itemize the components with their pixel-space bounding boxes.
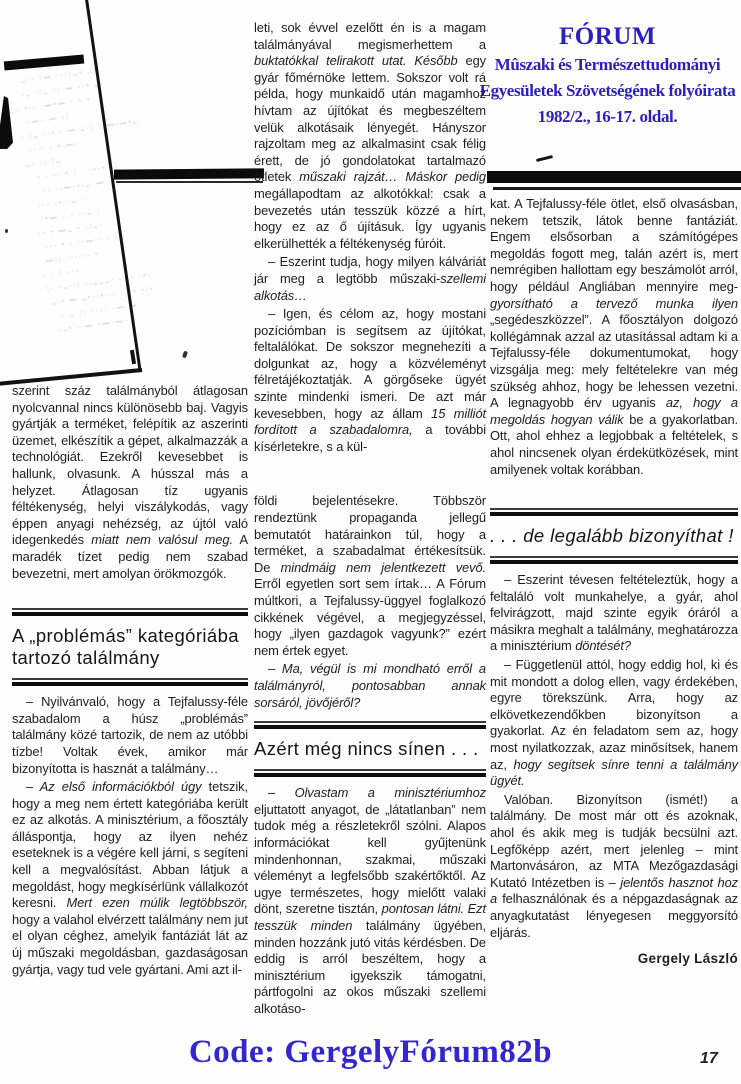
section-heading-block: Azért még nincs sínen . . . — [254, 721, 486, 777]
text-run: szerint száz találmányból átlagosan nyol… — [12, 383, 248, 547]
paragraph: – Az első információkból úgy tetszik, ho… — [12, 779, 248, 978]
text-run: – Igen, és célom az, hogy mostani pozíci… — [254, 306, 486, 421]
text-run: megállapodtam az alkotókkal: csak a beve… — [254, 186, 486, 251]
section-heading-block: . . . de legalább bizonyíthat ! — [490, 508, 738, 564]
paragraph: szerint száz találmányból átlagosan nyol… — [12, 383, 248, 582]
heading-rule-top — [490, 508, 738, 516]
paragraph: Valóban. Bizonyítson (ismét!) a találmán… — [490, 792, 738, 941]
column-middle: leti, sok évvel ezelőtt én is a magam ta… — [254, 20, 486, 1019]
paragraph: – Olvastam a minisztériumhoz eljuttatott… — [254, 785, 486, 1017]
section-heading: A „problémás” kategóriába tartozó találm… — [12, 625, 248, 669]
scan-smudge — [536, 155, 553, 162]
text-run: kat. A Tejfalussy-féle ötlet, első olvas… — [490, 196, 738, 294]
italic-run: – Ma, végül is mi mondható erről a talál… — [254, 661, 486, 709]
column-gap — [12, 584, 248, 598]
author-byline: Gergely László — [490, 951, 738, 968]
divider-bar-left-thin — [116, 181, 263, 183]
scan-speck — [5, 229, 8, 233]
masthead-line-4: 1982/2., 16-17. oldal. — [474, 104, 741, 130]
masthead-line-3: Egyesületek Szövetségének folyóirata — [474, 78, 741, 104]
column-gap — [490, 480, 738, 498]
text-run: eljuttatott anyagot, de „látatlanban” ne… — [254, 802, 486, 917]
section-heading: . . . de legalább bizonyíthat ! — [490, 525, 738, 547]
italic-run: miatt nem valósul meg. — [91, 532, 233, 547]
italic-run: Mert ezen múlik legtöbbször, — [67, 895, 248, 910]
paragraph: – Eszerint tévesen feltételeztük, hogy a… — [490, 572, 738, 655]
section-heading-block: A „problémás” kategóriába tartozó találm… — [12, 608, 248, 686]
column-left: szerint száz találmányból átlagosan nyol… — [12, 383, 248, 980]
scan-fragment-ink-wedge — [0, 96, 13, 149]
heading-rule-bottom — [490, 556, 738, 564]
heading-rule-bottom — [12, 678, 248, 686]
paragraph: földi bejelentésekre. Többször rendeztün… — [254, 493, 486, 659]
page-number: 17 — [700, 1050, 718, 1068]
text-run: tetszik, hogy a meg nem értett kategóriá… — [12, 779, 248, 910]
italic-run: hogy segítsek sínre tenni a találmány üg… — [490, 757, 738, 789]
code-caption: Code: GergelyFórum82b — [0, 1034, 741, 1071]
paragraph: leti, sok évvel ezelőtt én is a magam ta… — [254, 20, 486, 252]
heading-rule-top — [12, 608, 248, 616]
italic-run: döntését? — [575, 638, 631, 653]
italic-run: – Az első információkból úgy — [26, 779, 202, 794]
text-run: hogy a valahol elvérzett találmány nem j… — [12, 912, 248, 977]
text-run: felhasználónak és a népgazdaságnak az an… — [490, 891, 738, 939]
italic-run: – Olvastam a minisztériumhoz — [268, 785, 486, 800]
column-gap — [254, 457, 486, 493]
divider-bar-right-thin — [493, 187, 741, 190]
heading-rule-top — [254, 721, 486, 729]
text-run: – Függetlenül attól, hogy eddig hol, ki … — [490, 657, 738, 772]
text-run: Erről egyetlen sort sem írtak… A Fórum m… — [254, 576, 486, 657]
column-right: kat. A Tejfalussy-féle ötlet, első olvas… — [490, 196, 738, 968]
scan-noise-texture: ‥∙· :— ·∙·:‥‐ ‥‐·‥ ∙:‥ ·· — ∙·ꞏ ‥∙· ‐∙∙ … — [12, 59, 170, 357]
text-run: egy gyár főmérnöke lettem. Sokszor volt … — [254, 53, 486, 184]
italic-run: mindmáig nem jelentkezett vevő. — [281, 560, 486, 575]
paragraph: kat. A Tejfalussy-féle ötlet, első olvas… — [490, 196, 738, 478]
masthead-line-2: Mûszaki és Természettudományi — [474, 52, 741, 78]
heading-rule-bottom — [254, 769, 486, 777]
italic-run: gyorsítható a tervező munka ilyen — [490, 296, 738, 311]
section-heading: Azért még nincs sínen . . . — [254, 738, 486, 760]
text-run: leti, sok évvel ezelőtt én is a magam ta… — [254, 20, 486, 52]
italic-run: buktatókkal telirakott utat. Később — [254, 53, 458, 68]
paragraph: – Függetlenül attól, hogy eddig hol, ki … — [490, 657, 738, 790]
divider-bar-left — [114, 168, 264, 179]
italic-run: műszaki rajzát… Máskor pedig — [299, 169, 486, 184]
text-run: – Nyilvánvaló, hogy a Tejfalussy-féle sz… — [12, 694, 248, 775]
paragraph: – Eszerint tudja, hogy milyen kálváriát … — [254, 254, 486, 304]
scan-speck — [182, 351, 188, 359]
magazine-page: ‥∙· :— ·∙·:‥‐ ‥‐·‥ ∙:‥ ·· — ∙·ꞏ ‥∙· ‐∙∙ … — [0, 0, 741, 1084]
paragraph: – Igen, és célom az, hogy mostani pozíci… — [254, 306, 486, 455]
paragraph: – Nyilvánvaló, hogy a Tejfalussy-féle sz… — [12, 694, 248, 777]
paragraph: – Ma, végül is mi mondható erről a talál… — [254, 661, 486, 711]
masthead-title: FÓRUM — [474, 22, 741, 52]
divider-bar-right — [487, 171, 741, 183]
masthead: FÓRUM Mûszaki és Természettudományi Egye… — [474, 22, 741, 130]
